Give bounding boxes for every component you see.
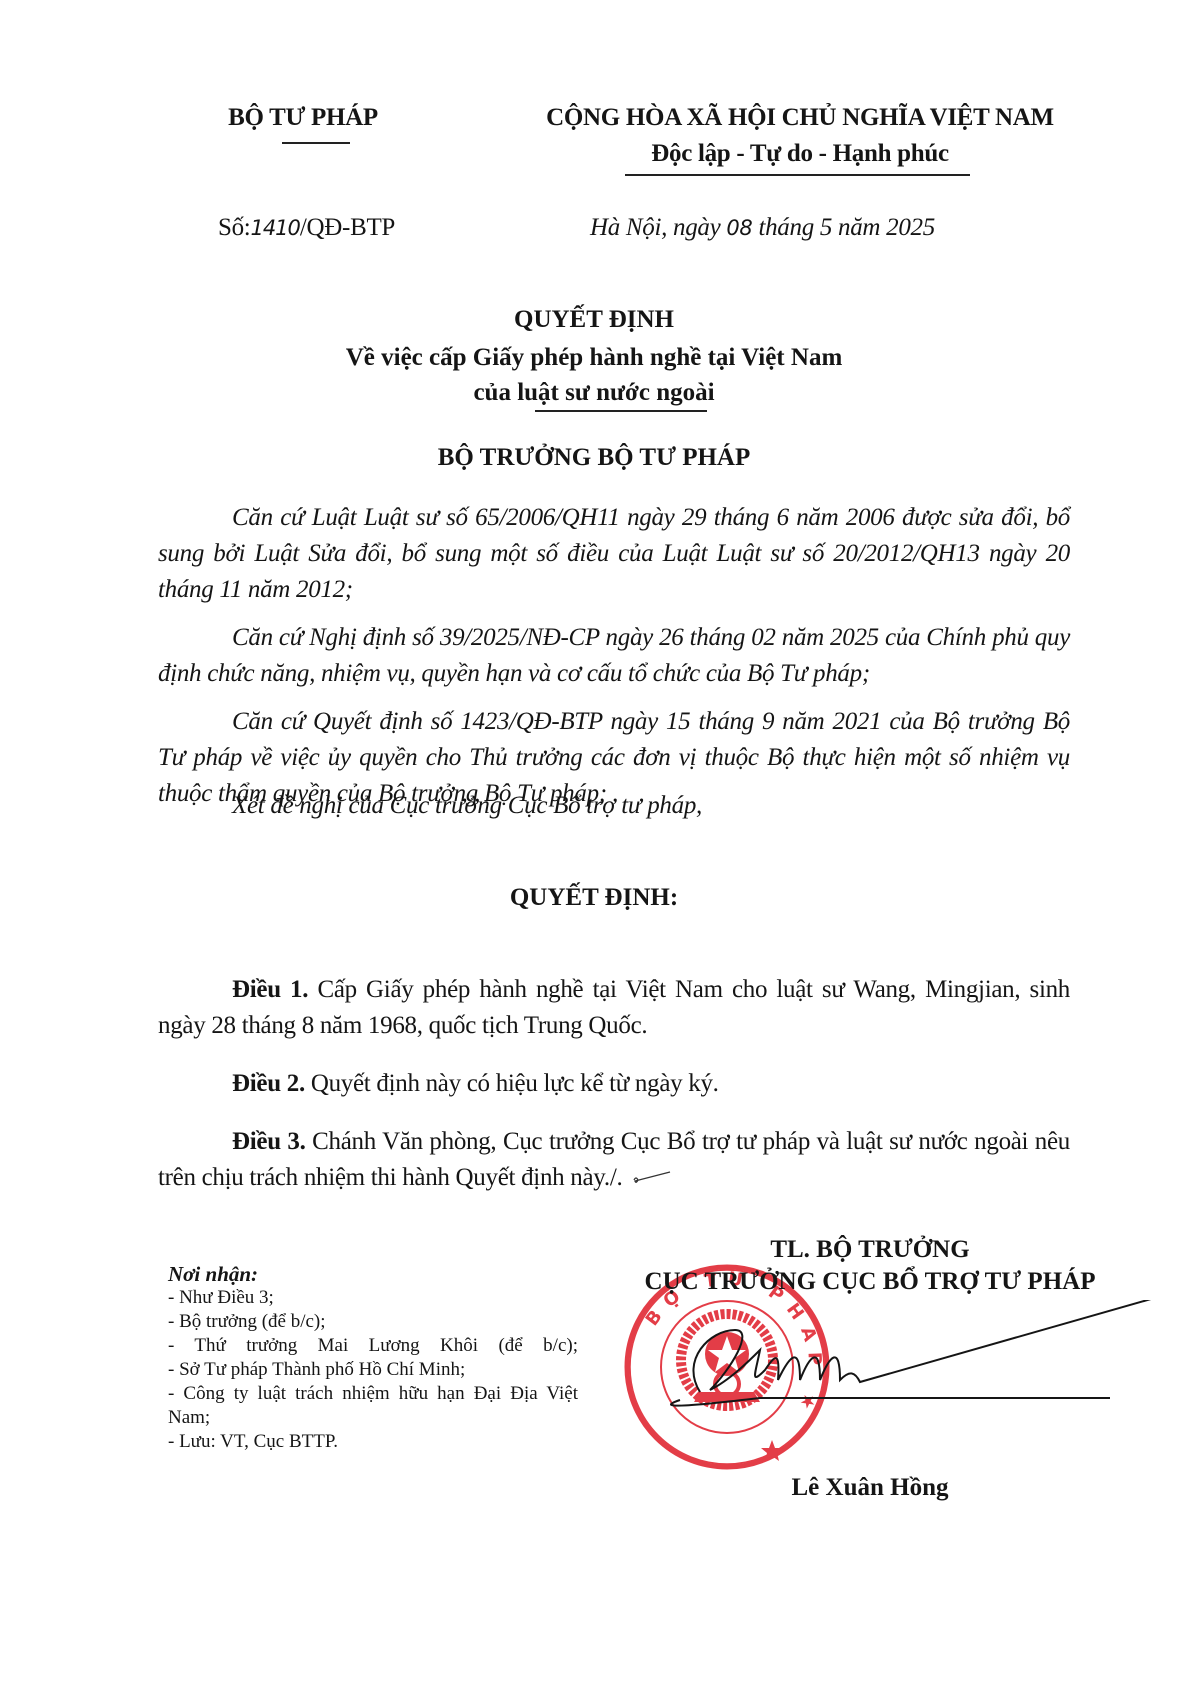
year-prefix: năm bbox=[832, 214, 886, 241]
handwritten-signature-icon bbox=[640, 1300, 1180, 1430]
decision-heading: QUYẾT ĐỊNH: bbox=[0, 884, 1188, 912]
agency-underline bbox=[282, 142, 350, 144]
article-1: Điều 1. Cấp Giấy phép hành nghề tại Việt… bbox=[158, 972, 1070, 1044]
subject-line-1: Về việc cấp Giấy phép hành nghề tại Việt… bbox=[0, 340, 1188, 375]
signing-authority-heading: BỘ TRƯỞNG BỘ TƯ PHÁP bbox=[0, 444, 1188, 472]
place-and-date: Hà Nội, ngày 08 tháng 5 năm 2025 bbox=[590, 214, 935, 242]
signer-name: Lê Xuân Hồng bbox=[560, 1474, 1180, 1502]
month-prefix: tháng bbox=[753, 214, 820, 241]
proposal-basis: Xét đề nghị của Cục trưởng Cục Bổ trợ tư… bbox=[158, 788, 1070, 824]
recipient-item: - Thứ trưởng Mai Lương Khôi (để b/c); bbox=[168, 1334, 578, 1358]
article-1-label: Điều 1. bbox=[232, 976, 308, 1003]
article-2-text: Quyết định này có hiệu lực kể từ ngày ký… bbox=[305, 1070, 719, 1097]
recipient-item: - Bộ trưởng (để b/c); bbox=[168, 1310, 578, 1334]
recipient-item: - Công ty luật trách nhiệm hữu hạn Đại Đ… bbox=[168, 1382, 578, 1430]
document-subject: Về việc cấp Giấy phép hành nghề tại Việt… bbox=[0, 340, 1188, 410]
signature-authority-line: TL. BỘ TRƯỞNG bbox=[560, 1236, 1180, 1264]
doc-number-suffix: /QĐ-BTP bbox=[300, 214, 395, 241]
recipient-item: - Sở Tư pháp Thành phố Hồ Chí Minh; bbox=[168, 1358, 578, 1382]
issuing-agency: BỘ TƯ PHÁP bbox=[228, 104, 378, 132]
legal-basis-2: Căn cứ Nghị định số 39/2025/NĐ-CP ngày 2… bbox=[158, 620, 1070, 692]
recipients-block: Nơi nhận: - Như Điều 3; - Bộ trưởng (để … bbox=[168, 1262, 578, 1454]
national-title: CỘNG HÒA XÃ HỘI CHỦ NGHĨA VIỆT NAM bbox=[500, 104, 1100, 132]
day-handwritten: 08 bbox=[726, 216, 752, 240]
article-2: Điều 2. Quyết định này có hiệu lực kể từ… bbox=[158, 1066, 1070, 1102]
initial-mark-icon bbox=[630, 1170, 674, 1188]
signature-position-line: CỤC TRƯỞNG CỤC BỔ TRỢ TƯ PHÁP bbox=[560, 1268, 1180, 1296]
article-3-label: Điều 3. bbox=[232, 1128, 306, 1155]
place-prefix: Hà Nội, ngày bbox=[590, 214, 726, 241]
recipient-item: - Như Điều 3; bbox=[168, 1286, 578, 1310]
doc-number-handwritten: 1410 bbox=[250, 216, 299, 240]
year-value: 2025 bbox=[886, 214, 935, 241]
recipient-item: - Lưu: VT, Cục BTTP. bbox=[168, 1430, 578, 1454]
document-number: Số:1410/QĐ-BTP bbox=[218, 214, 395, 242]
doc-number-prefix: Số: bbox=[218, 214, 250, 241]
national-motto: Độc lập - Tự do - Hạnh phúc bbox=[500, 140, 1100, 168]
month-value: 5 bbox=[820, 214, 832, 241]
article-3: Điều 3. Chánh Văn phòng, Cục trưởng Cục … bbox=[158, 1124, 1070, 1196]
article-2-label: Điều 2. bbox=[232, 1070, 305, 1097]
subject-line-2: của luật sư nước ngoài bbox=[0, 375, 1188, 410]
legal-basis-1: Căn cứ Luật Luật sư số 65/2006/QH11 ngày… bbox=[158, 500, 1070, 608]
recipients-heading: Nơi nhận: bbox=[168, 1262, 578, 1286]
document-type: QUYẾT ĐỊNH bbox=[0, 306, 1188, 334]
motto-underline bbox=[625, 174, 970, 176]
subject-underline bbox=[535, 410, 707, 412]
